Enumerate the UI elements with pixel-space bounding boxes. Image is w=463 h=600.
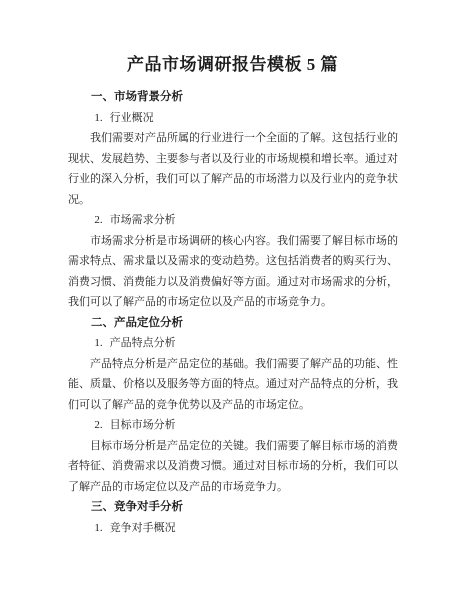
list-item-number: 2. (94, 214, 102, 226)
list-item-industry-overview: 1.行业概况 (68, 108, 398, 129)
paragraph-market-demand: 市场需求分析是市场调研的核心内容。我们需要了解目标市场的需求特点、需求量以及需求… (68, 231, 398, 313)
section-heading-market-background: 一、市场背景分析 (68, 87, 398, 108)
document-body: 一、市场背景分析 1.行业概况 我们需要对产品所属的行业进行一个全面的了解。这包… (68, 87, 398, 538)
list-item-target-market: 2.目标市场分析 (68, 415, 398, 436)
list-item-number: 2. (94, 419, 102, 431)
list-item-label: 市场需求分析 (110, 214, 176, 226)
list-item-market-demand: 2.市场需求分析 (68, 210, 398, 231)
section-heading-competitor-analysis: 三、竞争对手分析 (68, 497, 398, 518)
section-heading-product-positioning: 二、产品定位分析 (68, 313, 398, 334)
list-item-label: 产品特点分析 (110, 337, 176, 349)
list-item-product-features: 1.产品特点分析 (68, 333, 398, 354)
list-item-label: 竞争对手概况 (110, 522, 176, 534)
list-item-number: 1. (94, 337, 102, 349)
paragraph-product-features: 产品特点分析是产品定位的基础。我们需要了解产品的功能、性能、质量、价格以及服务等… (68, 354, 398, 416)
document-page: 产品市场调研报告模板 5 篇 一、市场背景分析 1.行业概况 我们需要对产品所属… (0, 0, 463, 600)
paragraph-target-market: 目标市场分析是产品定位的关键。我们需要了解目标市场的消费者特征、消费需求以及消费… (68, 436, 398, 498)
list-item-label: 目标市场分析 (110, 419, 176, 431)
paragraph-industry-overview: 我们需要对产品所属的行业进行一个全面的了解。这包括行业的现状、发展趋势、主要参与… (68, 128, 398, 210)
list-item-number: 1. (94, 522, 102, 534)
list-item-label: 行业概况 (110, 112, 154, 124)
list-item-competitor-overview: 1.竞争对手概况 (68, 518, 398, 539)
document-title: 产品市场调研报告模板 5 篇 (68, 52, 397, 78)
list-item-number: 1. (94, 112, 102, 124)
